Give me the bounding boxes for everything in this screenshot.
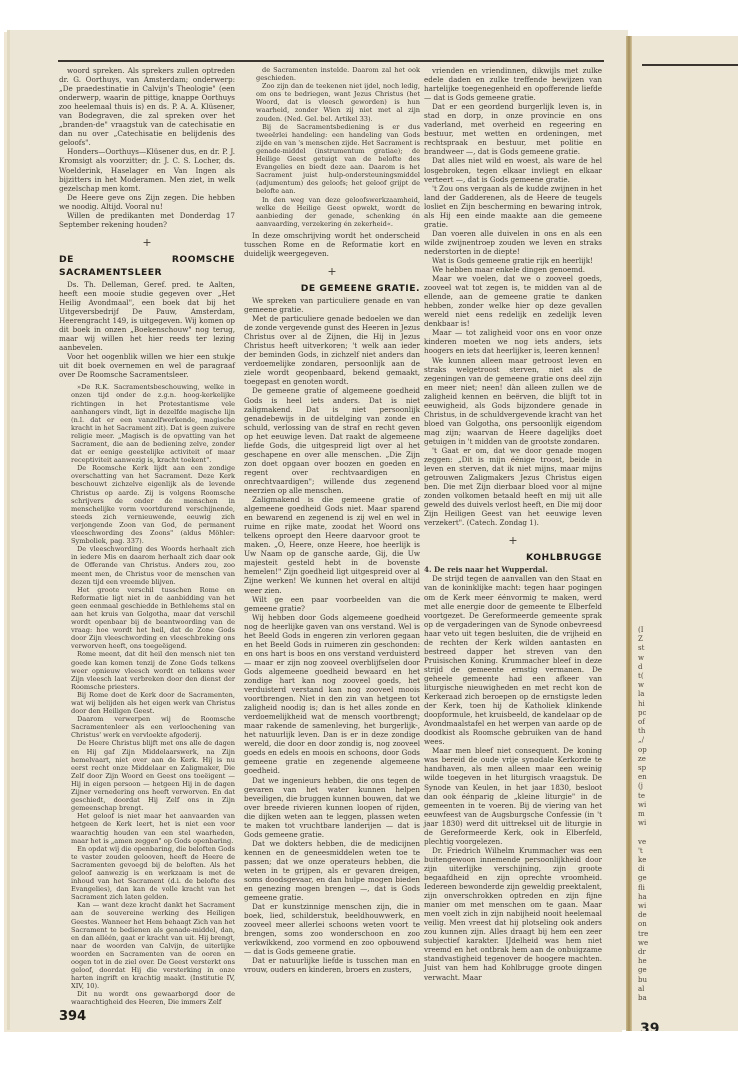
next-page-text-fragment: w [638,654,644,663]
quote-paragraph: de Sacramenten instelde. Daarom zal het … [256,66,420,82]
paragraph: Dat we dokters hebben, die de medicijnen… [244,839,420,902]
paragraph: woord spreken. Als sprekers zullen optre… [59,66,235,147]
next-page-text-fragment: la [638,690,644,699]
next-page-text-fragment: on [638,920,647,929]
paragraph: Honders—Oorthuys—Klüsener dus, en dr. P.… [59,147,235,192]
next-page-text-fragment: he [638,957,647,966]
quote-paragraph: Zoo zijn dan de teekenen niet ijdel, noc… [256,82,420,122]
quote-paragraph: Het geloof is niet maar het aanvaarden v… [71,812,235,844]
next-page-text-fragment: wi [638,801,646,810]
next-page-text-fragment: w [638,681,644,690]
paragraph: vrienden en vriendinnen, dikwijls met zu… [424,66,602,102]
next-page-text-fragment: ge [638,966,647,975]
quote-paragraph: Bij Rome doet de Kerk door de Sacramente… [71,691,235,715]
page-number: 394 [59,1009,86,1024]
heading-gemeene-gratie: DE GEMEENE GRATIE. [244,282,420,295]
paragraph: Dan voeren alle duivelen in ons en als e… [424,229,602,256]
column-1: woord spreken. Als sprekers zullen optre… [59,66,235,1007]
next-page-rule [642,64,738,66]
heading-kohlbrugge: KOHLBRUGGE [424,551,602,564]
quote-paragraph: Daarom verwerpen wij de Roomsche Sacrame… [71,715,235,739]
next-page-text-fragment: ke [638,856,646,865]
next-page-edge: (IZstwdt(wlahipcofth„/opzespen(jtewimwiv… [632,36,738,1031]
subheading-reis-wupperdal: 4. De reis naar het Wupperdal. [424,565,602,574]
next-page-text-fragment: m [638,810,645,819]
next-page-text-fragment: 't [638,847,643,856]
paragraph: Wij hebben door Gods algemeene goedheid … [244,613,420,776]
paragraph: Wilt ge een paar voorbeelden van die gem… [244,595,420,613]
paragraph: Dat alles niet wild en woest, als ware d… [424,156,602,183]
paragraph: De Heere geve ons Zijn zegen. Die hebben… [59,193,235,211]
next-page-text-fragment: dr [638,948,646,957]
next-page-text-fragment: th [638,727,645,736]
separator-cross: + [59,235,235,251]
next-page-text-fragment: ve [638,838,646,847]
paragraph: Voor het oogenblik willen we hier een st… [59,352,235,379]
paragraph: Met de particuliere genade bedoelen we d… [244,314,420,386]
next-page-text-fragment: (j [638,782,643,791]
column-2: de Sacramenten instelde. Daarom zal het … [244,66,420,975]
next-page-text-fragment: op [638,746,647,755]
next-page-text-fragment: ha [638,893,647,902]
next-page-text-fragment: ge [638,874,647,883]
next-page-text-fragment: hi [638,700,645,709]
paragraph: Maar men bleef niet consequent. De konin… [424,746,602,846]
next-page-text-fragment: wi [638,819,646,828]
next-page-number: 39 [640,1021,659,1031]
next-page-text-fragment: st [638,644,644,653]
next-page-text-fragment: ba [638,994,647,1003]
paragraph: Willen de predikanten met Donderdag 17 S… [59,211,235,229]
heading-roomsche-sacramentsleer: DE ROOMSCHE SACRAMENTSLEER [59,253,235,279]
next-page-text-fragment: de [638,911,647,920]
paragraph: Dat er natuurlijke liefde is tusschen ma… [244,956,420,974]
next-page-text-fragment: sp [638,764,646,773]
next-page-text-fragment: (I [638,626,644,635]
paragraph: Wat is Gods gemeene gratie rijk en heerl… [424,256,602,265]
next-page-text-fragment: tre [638,930,648,939]
column-3: vrienden en vriendinnen, dikwijls met zu… [424,66,602,982]
separator-cross: + [424,533,602,549]
next-page-text-fragment: „/ [638,736,644,745]
paragraph: Maar we voelen, dat we o zooveel goeds, … [424,274,602,328]
quote-paragraph: De vleeschwording des Woords herhaalt zi… [71,545,235,585]
paragraph: Dr. Friedrich Wilhelm Krummacher was een… [424,846,602,982]
quote-paragraph: Kan — want deze kracht dankt het Sacrame… [71,901,235,990]
next-page-text-fragment: en [638,773,647,782]
quote-paragraph: De Roomsche Kerk lijdt aan een zondige o… [71,464,235,545]
paragraph: Dat we ingenieurs hebben, die ons tegen … [244,776,420,839]
paragraph: 't Gaat er om, dat we door genade mogen … [424,446,602,527]
next-page-text-fragment: pc [638,709,646,718]
quote-paragraph: In den weg van deze geloofswerkzaamheid,… [256,196,420,228]
paragraph: Dat er kunstzinnige menschen zijn, die i… [244,902,420,956]
paragraph: De strijd tegen de aanvallen van den Sta… [424,574,602,746]
quote-paragraph: De Heere Christus blijft met ons alle de… [71,739,235,812]
paragraph: Dat er een geordend burgerlijk leven is,… [424,102,602,156]
separator-cross: + [244,264,420,280]
paragraph: Zaligmakend is die gemeene gratie of alg… [244,495,420,595]
paragraph: We hebben maar enkele dingen genoemd. [424,265,602,274]
quote-paragraph: En opdat wij die openbaring, die belofte… [71,845,235,902]
next-page-text-fragment: of [638,718,645,727]
paragraph: Ds. Th. Delleman, Geref. pred. te Aalten… [59,280,235,352]
paragraph: We spreken van particuliere genade en va… [244,296,420,314]
paragraph: Maar — tot zaligheid voor ons en voor on… [424,328,602,355]
quote-paragraph: Dit nu wordt ons gewaarborgd door de waa… [71,990,235,1006]
next-page-text-fragment: t( [638,672,644,681]
next-page-text-fragment: Z [638,635,643,644]
next-page-text-fragment: te [638,792,645,801]
next-page-text-fragment: d [638,663,642,672]
paragraph: We kunnen alleen maar getroost leven en … [424,356,602,446]
next-page-text-fragment: ze [638,755,646,764]
quote-paragraph: Rome meent, dat dit heil den mensch niet… [71,650,235,690]
quoted-passage: »De R.K. Sacramentsbeschouwing, welke in… [71,383,235,1006]
quote-paragraph: Bij de Sacramentsbediening is er dus twe… [256,123,420,196]
next-page-text-fragment: fli [638,884,645,893]
next-page-text-fragment: al [638,985,644,994]
paragraph: 't Zou ons vergaan als de kudde zwijnen … [424,184,602,229]
next-page-text-fragment: bu [638,976,647,985]
next-page-text-fragment: di [638,865,645,874]
paragraph: De gemeene gratie of algemeene goedheid … [244,386,420,495]
next-page-text-fragment: we [638,939,648,948]
top-rule [58,60,604,62]
closing-paragraph: In deze omschrijving wordt het ondersche… [244,231,420,258]
quote-paragraph: Het groote verschil tusschen Rome en Ref… [71,586,235,651]
quote-paragraph: »De R.K. Sacramentsbeschouwing, welke in… [71,383,235,464]
next-page-text-fragment: wi [638,902,646,911]
quoted-passage-continued: de Sacramenten instelde. Daarom zal het … [256,66,420,228]
